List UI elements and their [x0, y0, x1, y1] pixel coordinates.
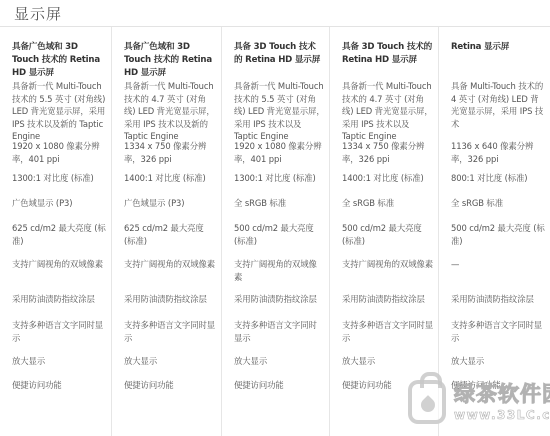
section-title: 显示屏 — [14, 3, 62, 24]
max-brightness: 625 cd/m2 最大亮度 (标准) — [124, 222, 217, 247]
dual-domain-pixels: 支持广阔视角的双域像素 — [234, 258, 325, 283]
color-gamut: 广色域显示 (P3) — [12, 197, 107, 210]
dual-domain-pixels: — — [451, 258, 546, 271]
display-description: 具备 Multi-Touch 技术的 4 英寸 (对角线) LED 背光宽显示屏… — [451, 80, 546, 130]
contrast-ratio: 1300:1 对比度 (标准) — [234, 172, 325, 185]
resolution: 1920 x 1080 像素分辨率，401 ppi — [12, 140, 107, 165]
display-zoom: 放大显示 — [342, 355, 434, 368]
max-brightness: 500 cd/m2 最大亮度 (标准) — [451, 222, 546, 247]
display-zoom: 放大显示 — [124, 355, 217, 368]
column-heading: 具备 3D Touch 技术的 Retina HD 显示屏 — [234, 41, 323, 80]
multi-language-display: 支持多种语言文字同时显示 — [12, 319, 107, 344]
max-brightness: 500 cd/m2 最大亮度 (标准) — [234, 222, 325, 247]
dual-domain-pixels: 支持广阔视角的双域像素 — [124, 258, 217, 271]
color-gamut: 全 sRGB 标准 — [451, 197, 546, 210]
oleophobic-coating: 采用防油渍防指纹涂层 — [451, 293, 546, 306]
contrast-ratio: 800:1 对比度 (标准) — [451, 172, 546, 185]
contrast-ratio: 1400:1 对比度 (标准) — [124, 172, 217, 185]
multi-language-display: 支持多种语言文字同时显示 — [451, 319, 546, 344]
multi-language-display: 支持多种语言文字同时显示 — [342, 319, 434, 344]
resolution: 1334 x 750 像素分辨率，326 ppi — [342, 140, 434, 165]
reachability: 便捷访问功能 — [124, 379, 217, 392]
column-heading: 具备广色域和 3D Touch 技术的 Retina HD 显示屏 — [124, 41, 215, 80]
resolution: 1920 x 1080 像素分辨率，401 ppi — [234, 140, 325, 165]
multi-language-display: 支持多种语言文字同时显示 — [234, 319, 325, 344]
model-column: 具备广色域和 3D Touch 技术的 Retina HD 显示屏 具备新一代 … — [0, 27, 112, 436]
display-description: 具备新一代 Multi-Touch 技术的 5.5 英寸 (对角线) LED 背… — [12, 80, 107, 143]
column-heading: 具备广色域和 3D Touch 技术的 Retina HD 显示屏 — [12, 41, 105, 80]
oleophobic-coating: 采用防油渍防指纹涂层 — [234, 293, 325, 306]
oleophobic-coating: 采用防油渍防指纹涂层 — [342, 293, 434, 306]
display-zoom: 放大显示 — [451, 355, 546, 368]
display-description: 具备新一代 Multi-Touch 技术的 4.7 英寸 (对角线) LED 背… — [124, 80, 217, 143]
contrast-ratio: 1300:1 对比度 (标准) — [12, 172, 107, 185]
reachability: 便捷访问功能 — [451, 379, 546, 392]
reachability: 便捷访问功能 — [12, 379, 107, 392]
display-comparison-table: 具备广色域和 3D Touch 技术的 Retina HD 显示屏 具备新一代 … — [0, 27, 550, 436]
max-brightness: 625 cd/m2 最大亮度 (标准) — [12, 222, 107, 247]
max-brightness: 500 cd/m2 最大亮度 (标准) — [342, 222, 434, 247]
display-zoom: 放大显示 — [234, 355, 325, 368]
model-column: 具备 3D Touch 技术的 Retina HD 显示屏 具备新一代 Mult… — [330, 27, 439, 436]
dual-domain-pixels: 支持广阔视角的双域像素 — [12, 258, 107, 271]
oleophobic-coating: 采用防油渍防指纹涂层 — [124, 293, 217, 306]
oleophobic-coating: 采用防油渍防指纹涂层 — [12, 293, 107, 306]
resolution: 1136 x 640 像素分辨率，326 ppi — [451, 140, 546, 165]
resolution: 1334 x 750 像素分辨率，326 ppi — [124, 140, 217, 165]
reachability: 便捷访问功能 — [234, 379, 325, 392]
color-gamut: 全 sRGB 标准 — [234, 197, 325, 210]
reachability: 便捷访问功能 — [342, 379, 434, 392]
model-column: 具备广色域和 3D Touch 技术的 Retina HD 显示屏 具备新一代 … — [112, 27, 222, 436]
model-column: 具备 3D Touch 技术的 Retina HD 显示屏 具备新一代 Mult… — [222, 27, 330, 436]
model-column: Retina 显示屏 具备 Multi-Touch 技术的 4 英寸 (对角线)… — [439, 27, 550, 436]
column-heading: Retina 显示屏 — [451, 41, 544, 80]
dual-domain-pixels: 支持广阔视角的双域像素 — [342, 258, 434, 271]
display-description: 具备新一代 Multi-Touch 技术的 4.7 英寸 (对角线) LED 背… — [342, 80, 434, 143]
color-gamut: 全 sRGB 标准 — [342, 197, 434, 210]
color-gamut: 广色域显示 (P3) — [124, 197, 217, 210]
column-heading: 具备 3D Touch 技术的 Retina HD 显示屏 — [342, 41, 432, 80]
display-description: 具备新一代 Multi-Touch 技术的 5.5 英寸 (对角线) LED 背… — [234, 80, 325, 143]
multi-language-display: 支持多种语言文字同时显示 — [124, 319, 217, 344]
display-zoom: 放大显示 — [12, 355, 107, 368]
contrast-ratio: 1400:1 对比度 (标准) — [342, 172, 434, 185]
